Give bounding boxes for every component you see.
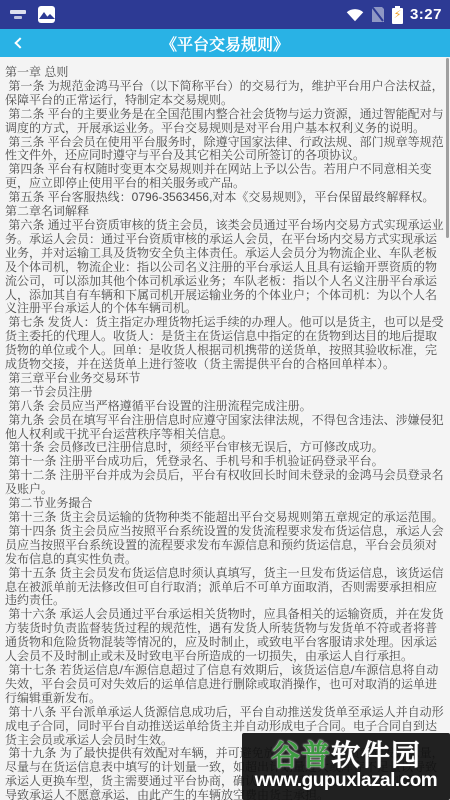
document-paragraph: 第八条 会员应当严格遵循平台设置的注册流程完成注册。 — [5, 400, 445, 414]
watermark-brand-white: 软件园 — [331, 740, 421, 772]
document-paragraph: 第三章平台业务交易环节 — [5, 372, 445, 386]
document-paragraph: 第十三条 货主会员运输的货物种类不能超出平台交易规则第五章规定的承运范围。 — [5, 511, 445, 525]
battery-charging-icon: ⚡ — [392, 6, 403, 24]
document-paragraph: 第一条 为规范金鸿马平台（以下简称平台）的交易行为，维护平台用户合法权益，保障平… — [5, 80, 445, 108]
no-sim-icon — [371, 6, 385, 23]
document-paragraph: 第二条 平台的主要业务是在全国范围内整合社会货物与运力资源，通过智能配对与调度的… — [5, 108, 445, 136]
watermark-logo: 谷普软件园 — [271, 741, 421, 771]
watermark: 谷普软件园 www.gupuxlazal.com — [242, 733, 450, 800]
document-content[interactable]: 第一章 总则 第一条 为规范金鸿马平台（以下简称平台）的交易行为，维护平台用户合… — [0, 57, 450, 800]
back-icon — [14, 37, 25, 48]
status-bar-notifications — [8, 6, 55, 23]
status-bar: ⚡ 3:27 — [0, 0, 450, 29]
document-paragraph: 第十六条 承运人会员通过平台承运相关货物时，应具备相关的运输资质，并在发货方装货… — [5, 608, 445, 664]
watermark-brand-green: 谷普 — [271, 740, 331, 772]
document-paragraph: 第七条 发货人：货主指定办理货物托运手续的办理人。他可以是货主，也可以是受货主委… — [5, 316, 445, 372]
app-notification-icon — [8, 8, 28, 22]
document-paragraph: 第十五条 货主会员发布货运信息时须认真填写，货主一旦发布货运信息，该货运信息在被… — [5, 567, 445, 609]
document-paragraph: 第十二条 注册平台并成为会员后，平台有权收回长时间未登录的金鸿马会员登录名及账户… — [5, 469, 445, 497]
wifi-icon — [346, 7, 364, 22]
document-paragraph: 第九条 会员在填写平台注册信息时应遵守国家法律法规，不得包含违法、涉嫌侵犯他人权… — [5, 414, 445, 442]
document-paragraph: 第四条 平台有权随时变更本交易规则并在网站上予以公告。若用户不同意相关变更，应立… — [5, 163, 445, 191]
document-paragraph: 第一章 总则 — [5, 66, 445, 80]
document-paragraph: 第二节业务撮合 — [5, 497, 445, 511]
scrollbar-thumb[interactable] — [446, 58, 449, 238]
image-notification-icon — [38, 6, 55, 23]
back-button[interactable] — [0, 29, 36, 57]
document-paragraph: 第六条 通过平台资质审核的货主会员，该类会员通过平台场内交易方式实现承运业务。承… — [5, 219, 445, 316]
document-paragraph: 第十七条 若货运信息/车源信息超过了信息有效期后，该货运信息/车源信息将自动失效… — [5, 664, 445, 706]
document-paragraph: 第十四条 货主会员应当按照平台系统设置的发货流程要求发布货运信息，承运人会员应当… — [5, 525, 445, 567]
document-paragraph: 第三条 平台会员在使用平台服务时，除遵守国家法律、行政法规、部门规章等规范性文件… — [5, 136, 445, 164]
app-header: 《平台交易规则》 — [0, 29, 450, 57]
document-paragraph: 第一节会员注册 — [5, 386, 445, 400]
document-paragraph: 第二章名词解释 — [5, 205, 445, 219]
status-bar-clock: 3:27 — [410, 6, 442, 23]
document-paragraph: 第五条 平台客服热线：0796-3563456,对本《交易规则》，平台保留最终解… — [5, 191, 445, 205]
watermark-url: www.gupuxlazal.com — [255, 771, 437, 792]
page-title: 《平台交易规则》 — [0, 32, 450, 55]
